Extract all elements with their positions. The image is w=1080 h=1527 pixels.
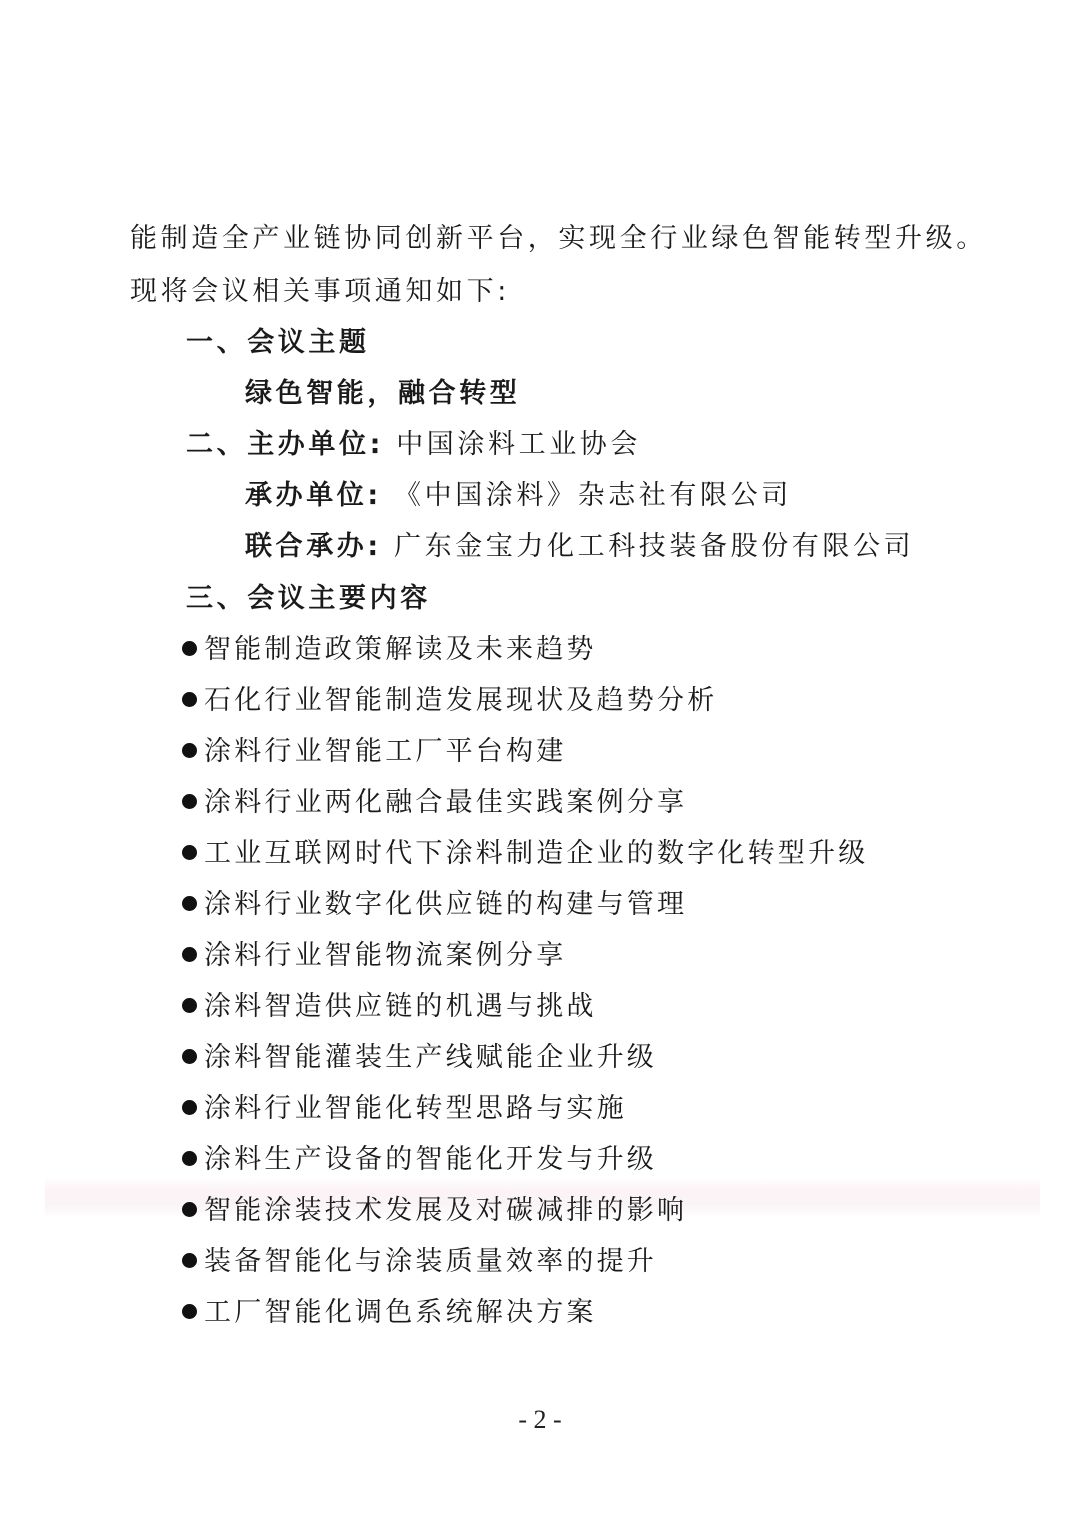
list-item: 装备智能化与涂装质量效率的提升	[182, 1245, 657, 1279]
bullet-icon	[182, 692, 197, 707]
bullet-icon	[182, 998, 197, 1013]
section-3-heading: 三、会议主要内容	[186, 582, 431, 616]
list-item: 涂料智能灌装生产线赋能企业升级	[182, 1041, 657, 1075]
list-item: 涂料行业智能工厂平台构建	[182, 735, 566, 769]
bullet-icon	[182, 1253, 197, 1268]
bullet-icon	[182, 641, 197, 656]
co-organizer-label: 联合承办:	[245, 531, 382, 562]
list-item: 工业互联网时代下涂料制造企业的数字化转型升级	[182, 837, 868, 871]
bullet-icon	[182, 794, 197, 809]
bullet-icon	[182, 845, 197, 860]
bullet-icon	[182, 1202, 197, 1217]
organizer-row: 承办单位: 《中国涂料》杂志社有限公司	[245, 479, 792, 513]
intro-paragraph-line-2: 现将会议相关事项通知如下:	[130, 275, 510, 309]
bullet-icon	[182, 1100, 197, 1115]
list-item: 工厂智能化调色系统解决方案	[182, 1296, 597, 1330]
list-item: 智能涂装技术发展及对碳减排的影响	[182, 1194, 687, 1228]
bullet-icon	[182, 947, 197, 962]
bullet-icon	[182, 1049, 197, 1064]
section-1-heading: 一、会议主题	[186, 326, 370, 360]
organizer-label: 承办单位:	[245, 480, 382, 511]
co-organizer-value: 广东金宝力化工科技装备股份有限公司	[394, 531, 914, 562]
host-label: 主办单位:	[247, 429, 384, 460]
list-item: 涂料智造供应链的机遇与挑战	[182, 990, 597, 1024]
bullet-icon	[182, 896, 197, 911]
intro-paragraph-line-1: 能制造全产业链协同创新平台，实现全行业绿色智能转型升级。	[130, 222, 987, 256]
list-item: 涂料行业数字化供应链的构建与管理	[182, 888, 687, 922]
list-item: 涂料生产设备的智能化开发与升级	[182, 1143, 657, 1177]
section-2-host-row: 二、主办单位: 中国涂料工业协会	[186, 428, 641, 462]
list-item: 涂料行业两化融合最佳实践案例分享	[182, 786, 687, 820]
list-item: 石化行业智能制造发展现状及趋势分析	[182, 684, 717, 718]
page-number: - 2 -	[0, 1405, 1080, 1435]
bullet-icon	[182, 743, 197, 758]
meeting-theme: 绿色智能，融合转型	[245, 377, 520, 411]
list-item: 智能制造政策解读及未来趋势	[182, 633, 597, 667]
bullet-icon	[182, 1151, 197, 1166]
list-item: 涂料行业智能物流案例分享	[182, 939, 566, 973]
co-organizer-row: 联合承办: 广东金宝力化工科技装备股份有限公司	[245, 530, 914, 564]
bullet-icon	[182, 1304, 197, 1319]
organizer-value: 《中国涂料》杂志社有限公司	[394, 480, 792, 511]
section-2-prefix: 二、	[186, 429, 247, 460]
list-item: 涂料行业智能化转型思路与实施	[182, 1092, 627, 1126]
host-value: 中国涂料工业协会	[396, 429, 641, 460]
